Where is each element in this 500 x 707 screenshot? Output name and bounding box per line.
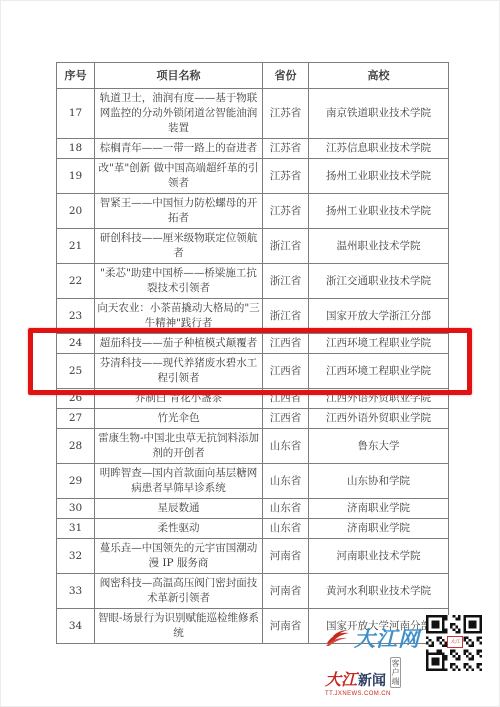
table-row: 31 柔性驱动 山东省 济南职业学院 — [57, 519, 449, 539]
cell-serial-number: 28 — [57, 429, 95, 464]
cell-university: 温州职业技术学院 — [309, 229, 449, 264]
cell-province: 山东省 — [263, 464, 309, 499]
cell-province: 江苏省 — [263, 159, 309, 194]
cell-project-name: 柔性驱动 — [95, 519, 263, 539]
cell-serial-number: 23 — [57, 299, 95, 334]
cell-project-name: 改"革"创新 做中国高端超纤革的引领者 — [95, 159, 263, 194]
cell-province: 河南省 — [263, 539, 309, 574]
cell-university: 济南职业学院 — [309, 519, 449, 539]
cell-province: 河南省 — [263, 574, 309, 609]
cell-serial-number: 25 — [57, 354, 95, 389]
cell-university: 扬州工业职业技术学院 — [309, 194, 449, 229]
qr-code: 大江 — [426, 615, 482, 671]
table-row: 18 棕榈青年——一带一路上的奋进者 江苏省 江苏信息职业技术学院 — [57, 139, 449, 159]
news-name-dark-text: 新闻 — [358, 670, 386, 690]
cell-province: 江西省 — [263, 334, 309, 354]
site-name-text: 大江网 — [354, 623, 420, 653]
table-row: 28 雷康生物-中国北虫草无抗饲料添加剂的开创者 山东省 鲁东大学 — [57, 429, 449, 464]
footer-brand-block: 大江网 大江 新闻 客户端 TT.JXNEWS.COM.CN 大江 — [325, 615, 482, 697]
cell-university: 江西外语外贸职业学院 — [309, 409, 449, 429]
cell-project-name: 明眸智查—国内首款面向基层糖网病患者早筛早诊系统 — [95, 464, 263, 499]
cell-university: 国家开放大学浙江分部 — [309, 299, 449, 334]
swoosh-logo-icon — [325, 629, 351, 647]
cell-serial-number: 29 — [57, 464, 95, 499]
cell-province: 江苏省 — [263, 194, 309, 229]
site-url-text: TT.JXNEWS.COM.CN — [325, 691, 391, 697]
cell-project-name: 乔制白 青花小盏茶 — [95, 389, 263, 409]
client-label-vertical: 客户端 — [390, 657, 401, 688]
document-page: 序号 项目名称 省份 高校 17 轨道卫士，油润有度——基于物联网监控的分动外锁… — [0, 0, 500, 707]
cell-university: 江西外语外贸职业学院 — [309, 389, 449, 409]
cell-project-name: 智紧王——中国恒力防松螺母的开拓者 — [95, 194, 263, 229]
table-row: 33 阀密科技—高温高压阀门密封面技术革新引领者 河南省 黄河水利职业技术学院 — [57, 574, 449, 609]
cell-university: 黄河水利职业技术学院 — [309, 574, 449, 609]
cell-project-name: 星辰数通 — [95, 499, 263, 519]
cell-province: 山东省 — [263, 499, 309, 519]
cell-university: 南京铁道职业技术学院 — [309, 89, 449, 139]
cell-serial-number: 24 — [57, 334, 95, 354]
table-row: 25 芬清科技——现代养猪废水碧水工程引领者 江西省 江西环境工程职业学院 — [57, 354, 449, 389]
cell-serial-number: 32 — [57, 539, 95, 574]
header-cell-university: 高校 — [309, 63, 449, 89]
cell-province: 山东省 — [263, 429, 309, 464]
cell-province: 江苏省 — [263, 139, 309, 159]
cell-university: 扬州工业职业技术学院 — [309, 159, 449, 194]
cell-province: 浙江省 — [263, 264, 309, 299]
cell-university: 浙江交通职业技术学院 — [309, 264, 449, 299]
cell-project-name: 研创科技——厘米级物联定位领航者 — [95, 229, 263, 264]
project-ranking-table: 序号 项目名称 省份 高校 17 轨道卫士，油润有度——基于物联网监控的分动外锁… — [56, 62, 449, 644]
cell-serial-number: 26 — [57, 389, 95, 409]
cell-serial-number: 30 — [57, 499, 95, 519]
cell-project-name: 轨道卫士，油润有度——基于物联网监控的分动外锁闭道岔智能油润装置 — [95, 89, 263, 139]
cell-serial-number: 17 — [57, 89, 95, 139]
cell-university: 鲁东大学 — [309, 429, 449, 464]
table-row: 17 轨道卫士，油润有度——基于物联网监控的分动外锁闭道岔智能油润装置 江苏省 … — [57, 89, 449, 139]
cell-province: 江西省 — [263, 409, 309, 429]
table-header: 序号 项目名称 省份 高校 — [57, 63, 449, 89]
cell-university: 江苏信息职业技术学院 — [309, 139, 449, 159]
cell-serial-number: 19 — [57, 159, 95, 194]
cell-province: 江西省 — [263, 389, 309, 409]
qr-center-logo: 大江 — [447, 636, 463, 648]
table-row: 29 明眸智查—国内首款面向基层糖网病患者早筛早诊系统 山东省 山东协和学院 — [57, 464, 449, 499]
brand-text-column: 大江网 大江 新闻 客户端 TT.JXNEWS.COM.CN — [325, 615, 420, 697]
cell-serial-number: 33 — [57, 574, 95, 609]
cell-project-name: 向天农业：小茶苗撬动大格局的"三牛精神"践行者 — [95, 299, 263, 334]
header-cell-project: 项目名称 — [95, 63, 263, 89]
cell-serial-number: 27 — [57, 409, 95, 429]
table-row: 20 智紧王——中国恒力防松螺母的开拓者 江苏省 扬州工业职业技术学院 — [57, 194, 449, 229]
header-cell-province: 省份 — [263, 63, 309, 89]
cell-serial-number: 31 — [57, 519, 95, 539]
table-row: 23 向天农业：小茶苗撬动大格局的"三牛精神"践行者 浙江省 国家开放大学浙江分… — [57, 299, 449, 334]
header-row: 序号 项目名称 省份 高校 — [57, 63, 449, 89]
cell-university: 江西环境工程职业学院 — [309, 334, 449, 354]
table-row: 27 竹光伞色 江西省 江西外语外贸职业学院 — [57, 409, 449, 429]
cell-project-name: 芬清科技——现代养猪废水碧水工程引领者 — [95, 354, 263, 389]
cell-serial-number: 34 — [57, 609, 95, 644]
cell-province: 江西省 — [263, 354, 309, 389]
cell-project-name: 蔓乐垚—中国领先的元宇宙国潮动漫 IP 服务商 — [95, 539, 263, 574]
news-name-red-text: 大江 — [325, 667, 357, 690]
table-row: 22 "柔芯"助建中国桥——桥梁施工抗裂技术引领者 浙江省 浙江交通职业技术学院 — [57, 264, 449, 299]
cell-serial-number: 21 — [57, 229, 95, 264]
cell-project-name: "柔芯"助建中国桥——桥梁施工抗裂技术引领者 — [95, 264, 263, 299]
cell-project-name: 雷康生物-中国北虫草无抗饲料添加剂的开创者 — [95, 429, 263, 464]
table-row: 26 乔制白 青花小盏茶 江西省 江西外语外贸职业学院 — [57, 389, 449, 409]
cell-serial-number: 22 — [57, 264, 95, 299]
cell-serial-number: 18 — [57, 139, 95, 159]
cell-serial-number: 20 — [57, 194, 95, 229]
cell-university: 江西环境工程职业学院 — [309, 354, 449, 389]
cell-province: 浙江省 — [263, 299, 309, 334]
cell-university: 济南职业学院 — [309, 499, 449, 519]
cell-project-name: 竹光伞色 — [95, 409, 263, 429]
header-cell-no: 序号 — [57, 63, 95, 89]
cell-project-name: 智眼-场景行为识别赋能巡检维修系统 — [95, 609, 263, 644]
table-row: 19 改"革"创新 做中国高端超纤革的引领者 江苏省 扬州工业职业技术学院 — [57, 159, 449, 194]
table-row: 24 超茄科技——茄子种植模式颠覆者 江西省 江西环境工程职业学院 — [57, 334, 449, 354]
table-row: 32 蔓乐垚—中国领先的元宇宙国潮动漫 IP 服务商 河南省 河南职业技术学院 — [57, 539, 449, 574]
table-body: 17 轨道卫士，油润有度——基于物联网监控的分动外锁闭道岔智能油润装置 江苏省 … — [57, 89, 449, 644]
cell-project-name: 棕榈青年——一带一路上的奋进者 — [95, 139, 263, 159]
cell-province: 河南省 — [263, 609, 309, 644]
cell-university: 河南职业技术学院 — [309, 539, 449, 574]
cell-province: 浙江省 — [263, 229, 309, 264]
cell-province: 山东省 — [263, 519, 309, 539]
cell-project-name: 超茄科技——茄子种植模式颠覆者 — [95, 334, 263, 354]
cell-province: 江苏省 — [263, 89, 309, 139]
table-row: 30 星辰数通 山东省 济南职业学院 — [57, 499, 449, 519]
cell-university: 山东协和学院 — [309, 464, 449, 499]
table-row: 21 研创科技——厘米级物联定位领航者 浙江省 温州职业技术学院 — [57, 229, 449, 264]
cell-project-name: 阀密科技—高温高压阀门密封面技术革新引领者 — [95, 574, 263, 609]
